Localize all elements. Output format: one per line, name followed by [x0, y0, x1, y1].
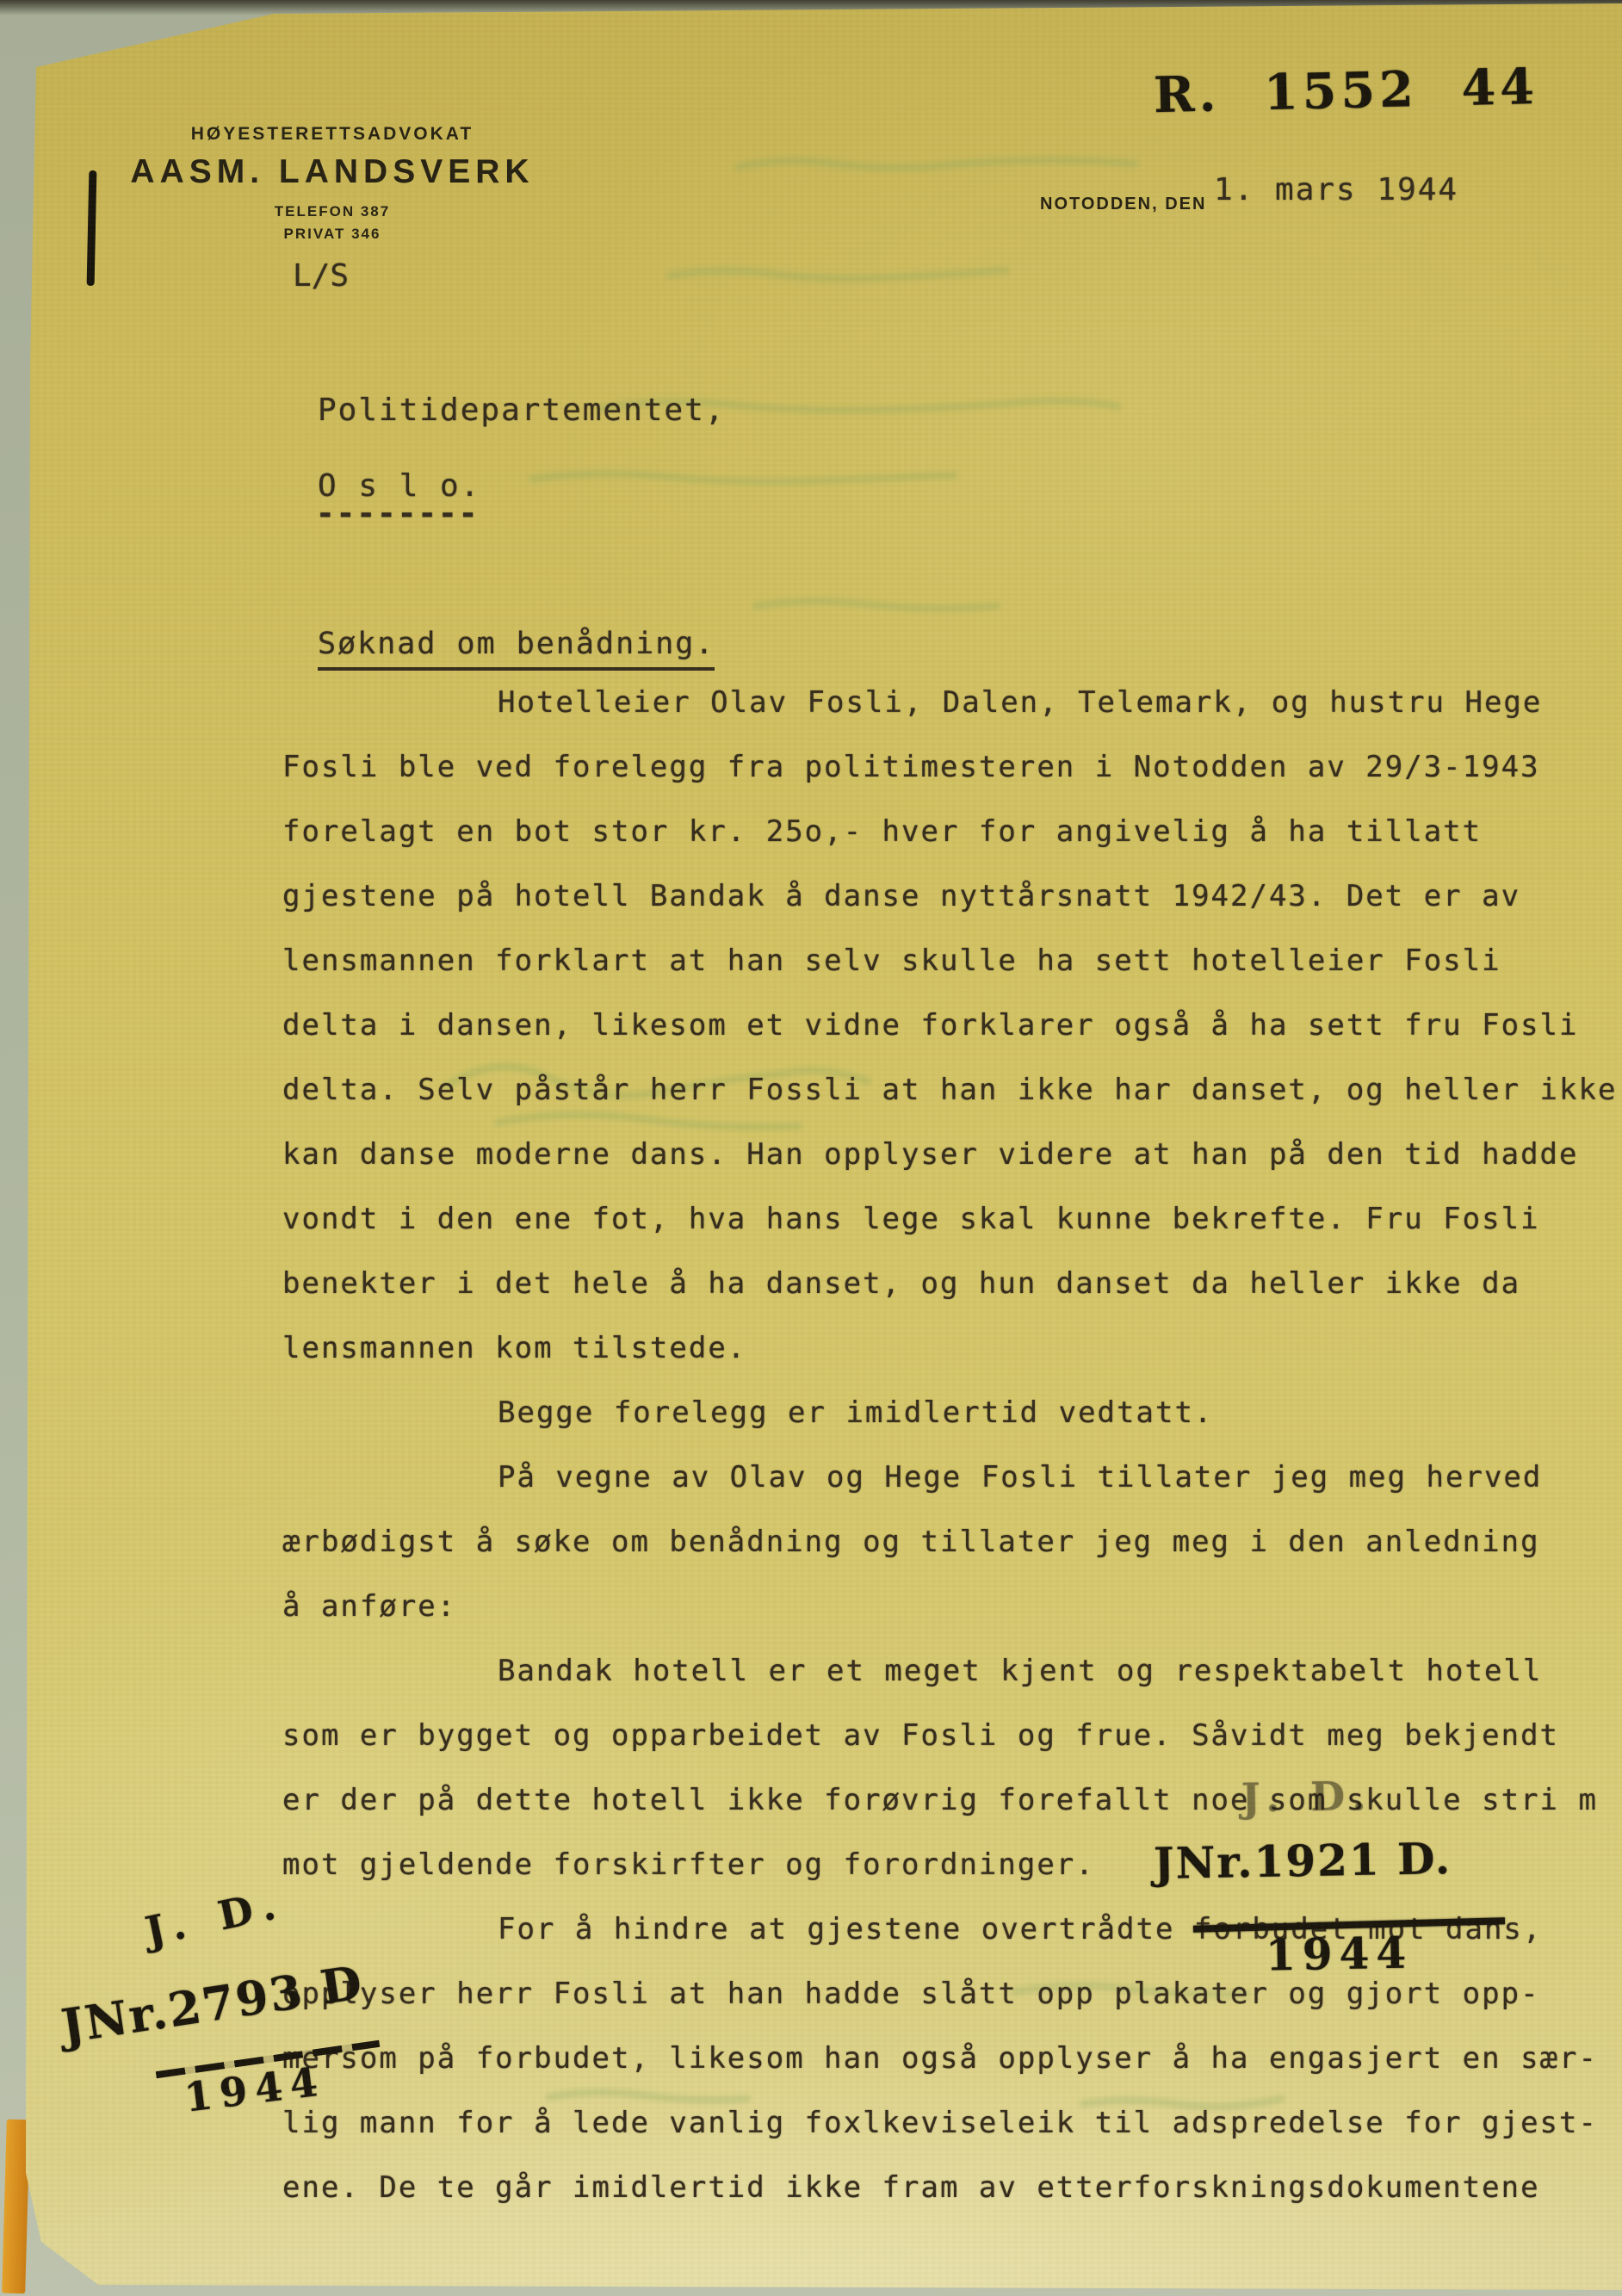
body-line: gjestene på hotell Bandak å danse nyttår… [282, 864, 1617, 929]
body-line: Begge forelegg er imidlertid vedtatt. [282, 1381, 1617, 1445]
letter-body: Hotelleier Olav Fosli, Dalen, Telemark, … [282, 671, 1617, 2220]
body-line: lig mann for å lede vanlig foxlkeviselei… [282, 2091, 1617, 2156]
letterhead: HØYESTERETTSADVOKAT AASM. LANDSVERK TELE… [126, 124, 539, 243]
body-line: som er bygget og opparbeidet av Fosli og… [282, 1704, 1617, 1768]
body-line: delta i dansen, likesom et vidne forklar… [282, 993, 1617, 1058]
body-line: mersom på forbudet, likesom han også opp… [282, 2027, 1617, 2091]
recipient-name: Politidepartementet, [318, 393, 725, 428]
body-line: er der på dette hotell ikke forøvrig for… [282, 1768, 1617, 1833]
letterhead-name: AASM. LANDSVERK [126, 153, 539, 191]
letterhead-profession: HØYESTERETTSADVOKAT [126, 124, 539, 145]
body-line: delta. Selv påstår herr Fossli at han ik… [282, 1058, 1617, 1123]
body-line: opplyser herr Fosli at han hadde slått o… [282, 1962, 1617, 2027]
letterhead-private-phone: PRIVAT 346 [126, 226, 539, 243]
body-line: Bandak hotell er et meget kjent og respe… [282, 1639, 1617, 1704]
body-line: ene. De te går imidlertid ikke fram av e… [282, 2156, 1617, 2220]
body-line: Hotelleier Olav Fosli, Dalen, Telemark, … [282, 671, 1617, 735]
body-line: kan danse moderne dans. Han opplyser vid… [282, 1123, 1617, 1187]
body-line: For å hindre at gjestene overtrådte forb… [282, 1897, 1617, 1962]
body-line: Fosli ble ved forelegg fra politimestere… [282, 735, 1617, 800]
underlying-page-edge [2, 2120, 30, 2294]
jd-stamp-left-header: J. D. [141, 1879, 289, 1954]
jd-stamp-right-year: 1944 [1265, 1928, 1413, 1981]
body-line: benekter i det hele å ha danset, og hun … [282, 1252, 1617, 1316]
dateline-place-label: NOTODDEN, DEN [1040, 195, 1206, 214]
body-line: forelagt en bot stor kr. 25o,- hver for … [282, 800, 1617, 864]
scanned-letter-page: { "letterhead": { "profession": "HØYESTE… [0, 0, 1622, 2296]
letter-paper: HØYESTERETTSADVOKAT AASM. LANDSVERK TELE… [15, 3, 1622, 2290]
body-line: På vegne av Olav og Hege Fosli tillater … [282, 1445, 1617, 1510]
body-line: vondt i den ene fot, hva hans lege skal … [282, 1187, 1617, 1252]
recipient-underline-dashes: -------- [316, 496, 479, 531]
registry-number-stamp: R. 1552 44 [1153, 58, 1538, 124]
letterhead-phone: TELEFON 387 [126, 203, 539, 220]
body-line: lensmannen kom tilstede. [282, 1316, 1617, 1381]
jd-stamp-right-number: JNr.1921 D. [1154, 1833, 1452, 1889]
dateline-typed-date: 1. mars 1944 [1214, 172, 1458, 207]
body-line: ærbødigst å søke om benådning og tillate… [282, 1510, 1617, 1575]
body-line: lensmannen forklart at han selv skulle h… [282, 929, 1617, 993]
reference-initials: L/S [293, 258, 349, 294]
pen-stroke-mark [87, 170, 97, 286]
subject-line: Søknad om benådning. [318, 627, 715, 671]
body-line: å anføre: [282, 1575, 1617, 1639]
jd-stamp-right-header: J. D. [1241, 1773, 1375, 1822]
